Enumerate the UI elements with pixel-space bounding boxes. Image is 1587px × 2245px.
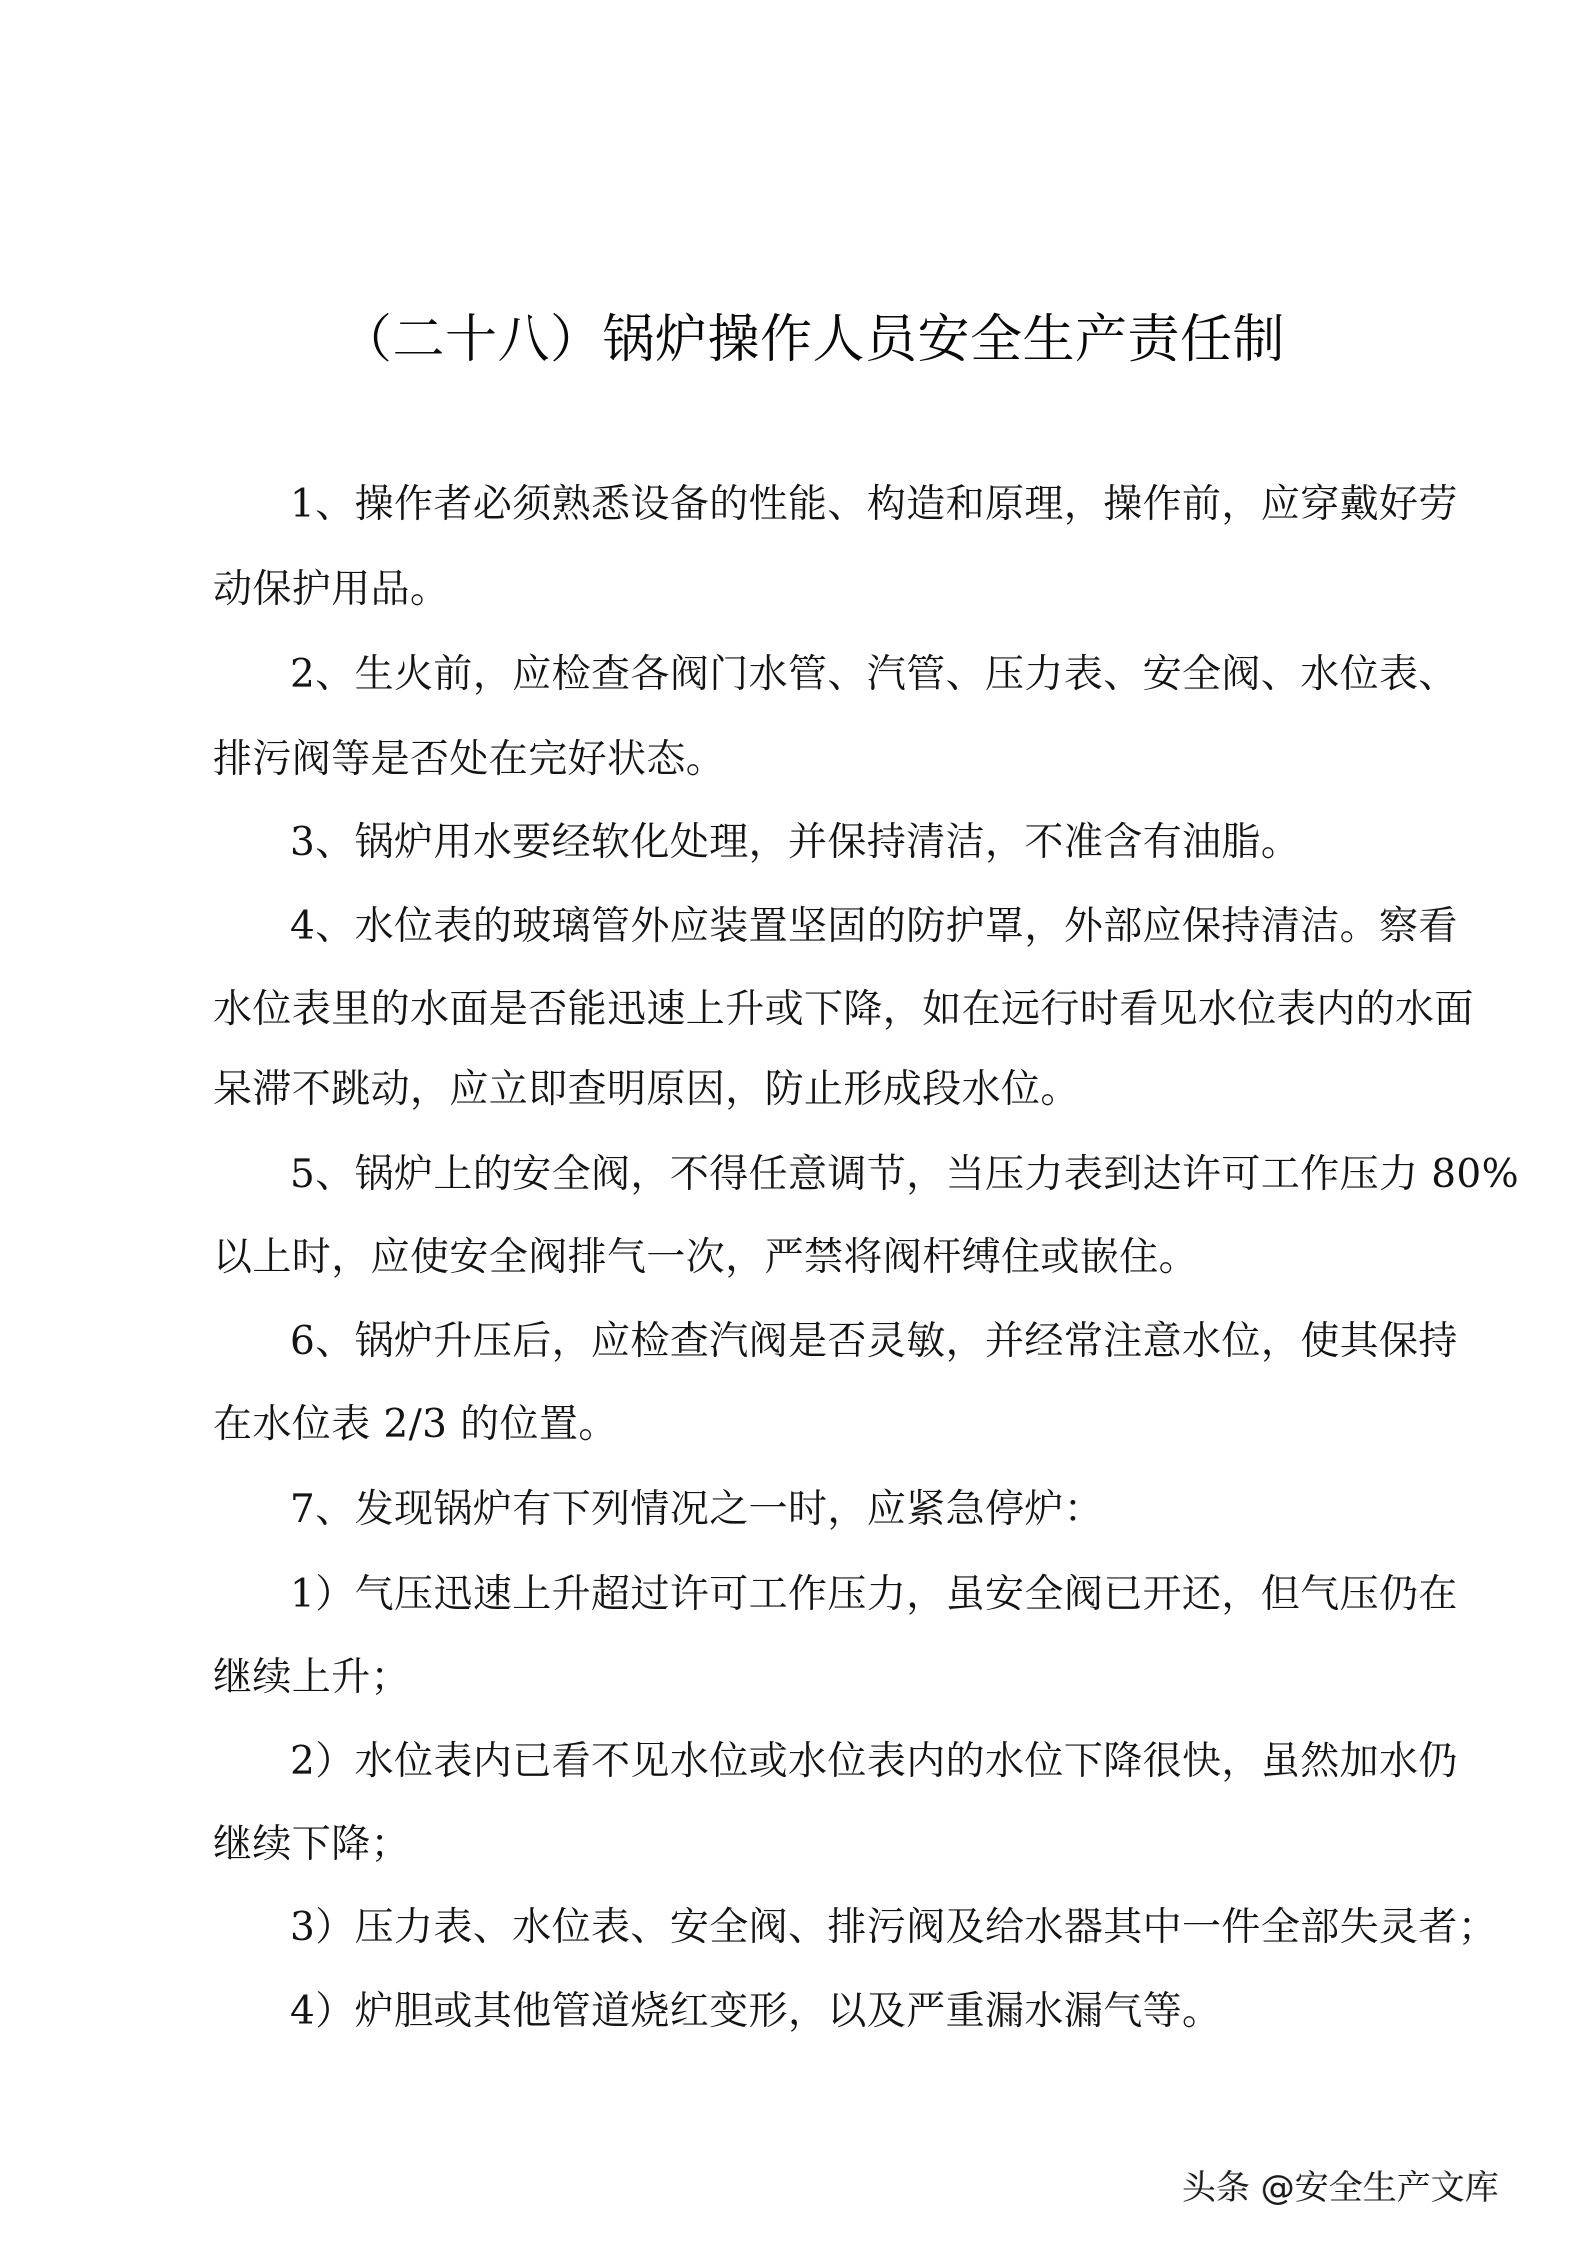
source-watermark: 头条 @安全生产文库 [1182, 2164, 1499, 2212]
paragraph-2-line-1: 2、生火前，应检查各阀门水管、汽管、压力表、安全阀、水位表、 [290, 650, 1403, 700]
sub-item-3-line-1: 3）压力表、水位表、安全阀、排污阀及给水器其中一件全部失灵者； [290, 1903, 1403, 1953]
paragraph-6-line-2: 在水位表 2/3 的位置。 [213, 1400, 1403, 1450]
paragraph-4-line-1: 4、水位表的玻璃管外应装置坚固的防护罩，外部应保持清洁。察看 [290, 902, 1403, 952]
paragraph-6-line-1: 6、锅炉升压后，应检查汽阀是否灵敏，并经常注意水位，使其保持 [290, 1317, 1403, 1367]
paragraph-3-line-1: 3、锅炉用水要经软化处理，并保持清洁，不准含有油脂。 [290, 818, 1403, 868]
sub-item-1-line-2: 继续上升； [213, 1653, 1403, 1703]
document-page: （二十八）锅炉操作人员安全生产责任制 1、操作者必须熟悉设备的性能、构造和原理，… [0, 0, 1587, 2245]
paragraph-2-line-2: 排污阀等是否处在完好状态。 [213, 735, 1403, 785]
paragraph-1-line-2: 动保护用品。 [213, 565, 1403, 615]
paragraph-4-line-3: 呆滞不跳动，应立即查明原因，防止形成段水位。 [213, 1065, 1403, 1115]
sub-item-2-line-1: 2）水位表内已看不见水位或水位表内的水位下降很快，虽然加水仍 [290, 1737, 1403, 1787]
paragraph-5-line-2: 以上时，应使安全阀排气一次，严禁将阀杆缚住或嵌住。 [213, 1233, 1403, 1283]
paragraph-7-line-1: 7、发现锅炉有下列情况之一时，应紧急停炉： [290, 1485, 1403, 1535]
sub-item-4-line-1: 4）炉胆或其他管道烧红变形，以及严重漏水漏气等。 [290, 1987, 1403, 2037]
paragraph-4-line-2: 水位表里的水面是否能迅速上升或下降，如在远行时看见水位表内的水面 [213, 985, 1403, 1035]
paragraph-5-line-1: 5、锅炉上的安全阀，不得任意调节，当压力表到达许可工作压力 80% [290, 1150, 1403, 1200]
paragraph-1-line-1: 1、操作者必须熟悉设备的性能、构造和原理，操作前，应穿戴好劳 [290, 480, 1403, 530]
document-title: （二十八）锅炉操作人员安全生产责任制 [0, 308, 1587, 372]
sub-item-1-line-1: 1）气压迅速上升超过许可工作压力，虽安全阀已开还，但气压仍在 [290, 1570, 1403, 1620]
sub-item-2-line-2: 继续下降； [213, 1820, 1403, 1870]
